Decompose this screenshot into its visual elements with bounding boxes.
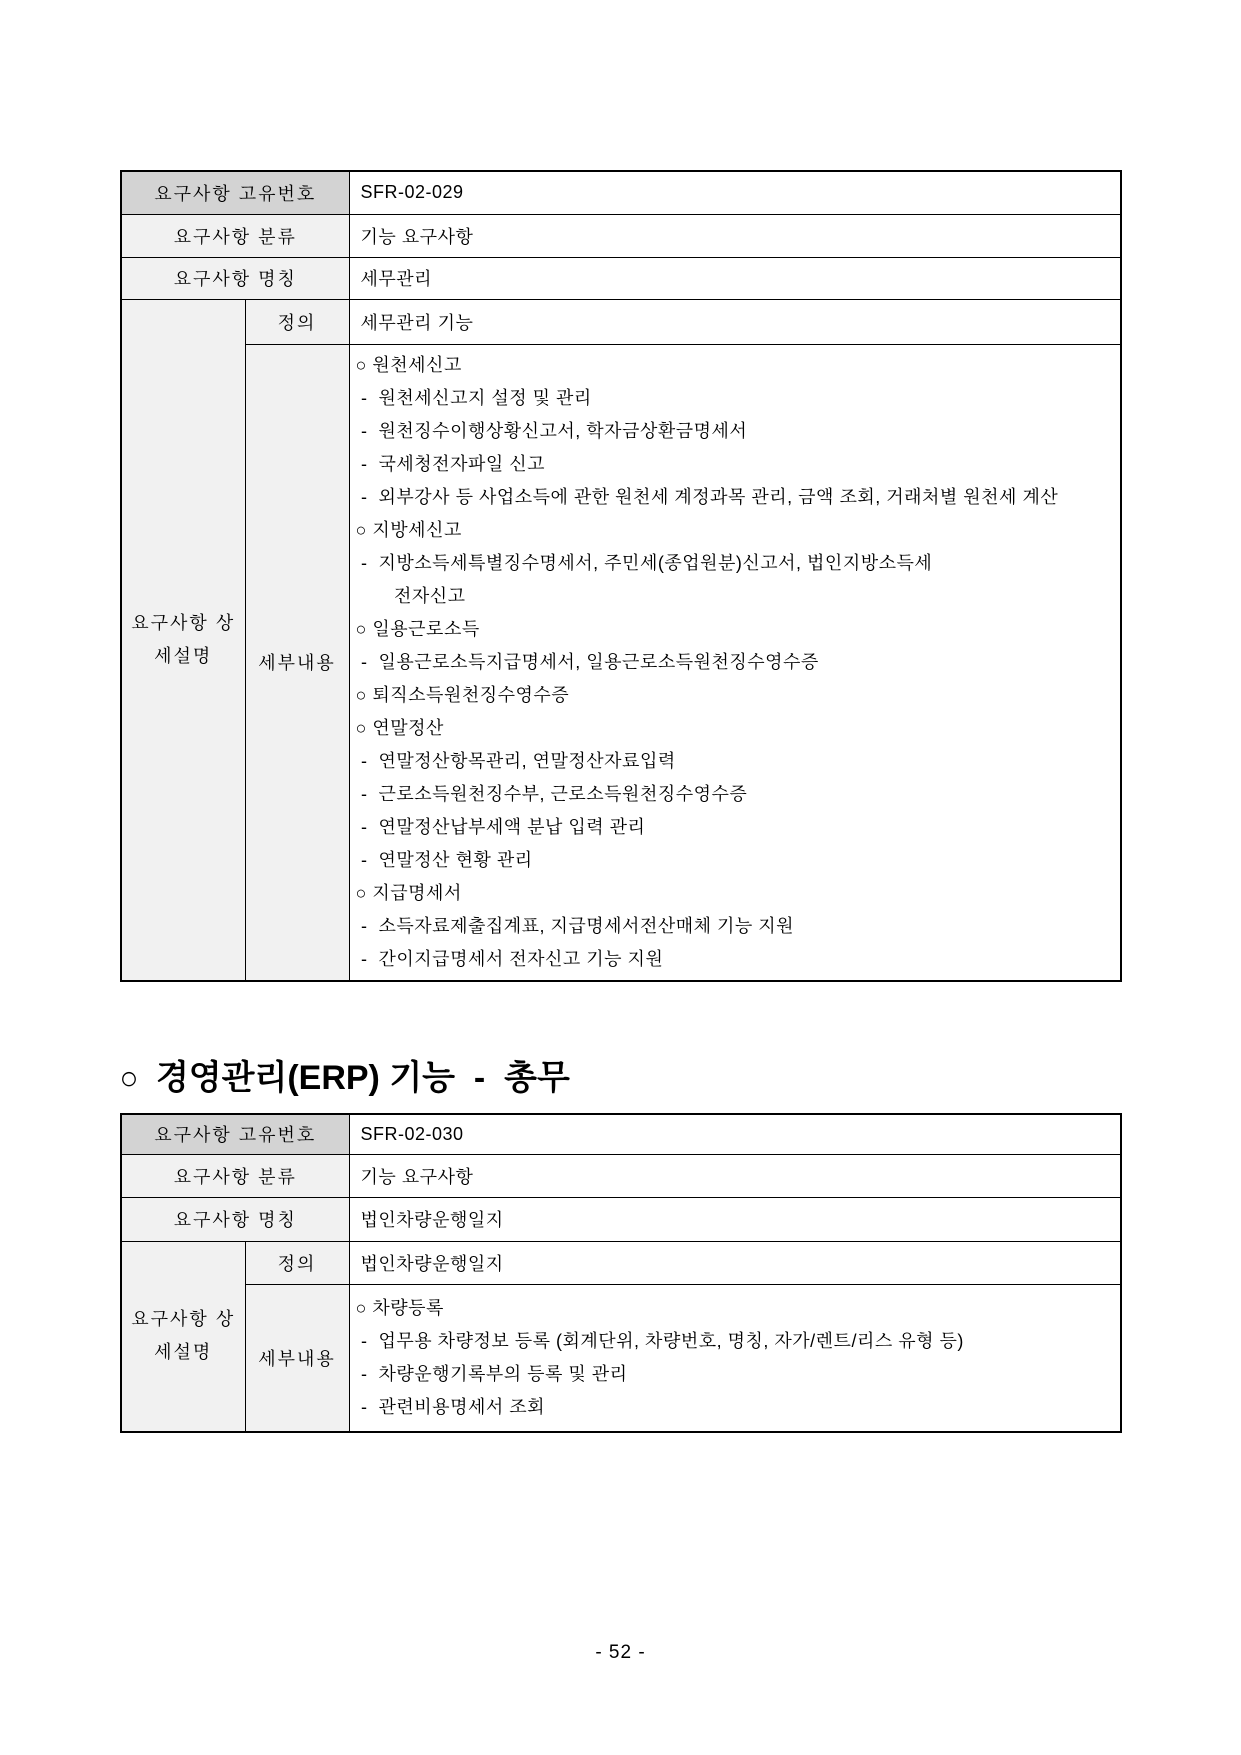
section-heading-text: 경영관리(ERP) 기능 - 총무: [156, 1059, 570, 1097]
table-row: 요구사항 고유번호 SFR-02-029: [121, 171, 1121, 214]
table-row: 요구사항 고유번호 SFR-02-030: [121, 1114, 1121, 1154]
detail-content-label: 세부내용: [245, 1284, 349, 1432]
table-row: 세부내용 ○ 차량등록 - 업무용 차량정보 등록 (회계단위, 차량번호, 명…: [121, 1284, 1121, 1432]
detail-group-label: 요구사항 상세설명: [121, 1241, 245, 1432]
requirement-name-label: 요구사항 명칭: [121, 1197, 349, 1241]
detail-line: - 연말정산항목관리, 연말정산자료입력: [356, 745, 1117, 778]
requirement-name-value: 법인차량운행일지: [349, 1197, 1121, 1241]
detail-line: - 업무용 차량정보 등록 (회계단위, 차량번호, 명칭, 자가/렌트/리스 …: [356, 1325, 1117, 1358]
page-number: - 52 -: [0, 1642, 1241, 1664]
detail-line: ○ 원천세신고: [356, 349, 1117, 382]
classification-value: 기능 요구사항: [349, 1154, 1121, 1197]
table-row: 요구사항 상세설명 정의 법인차량운행일지: [121, 1241, 1121, 1284]
requirement-table-sfr-02-030: 요구사항 고유번호 SFR-02-030 요구사항 분류 기능 요구사항 요구사…: [120, 1113, 1122, 1433]
detail-line: - 연말정산 현황 관리: [356, 844, 1117, 877]
table-row: 요구사항 상세설명 정의 세무관리 기능: [121, 299, 1121, 344]
detail-line: - 원천세신고지 설정 및 관리: [356, 382, 1117, 415]
detail-line: - 근로소득원천징수부, 근로소득원천징수영수증: [356, 778, 1117, 811]
detail-line: - 소득자료제출집계표, 지급명세서전산매체 기능 지원: [356, 910, 1117, 943]
unique-number-label: 요구사항 고유번호: [121, 1114, 349, 1154]
detail-line: - 관련비용명세서 조회: [356, 1391, 1117, 1424]
detail-line: ○ 지방세신고: [356, 514, 1117, 547]
table-row: 요구사항 분류 기능 요구사항: [121, 214, 1121, 257]
classification-value: 기능 요구사항: [349, 214, 1121, 257]
detail-line: - 외부강사 등 사업소득에 관한 원천세 계정과목 관리, 금액 조회, 거래…: [356, 481, 1117, 514]
table-row: 요구사항 분류 기능 요구사항: [121, 1154, 1121, 1197]
detail-content-cell: ○ 원천세신고 - 원천세신고지 설정 및 관리 - 원천징수이행상황신고서, …: [349, 344, 1121, 981]
detail-line: ○ 차량등록: [356, 1292, 1117, 1325]
definition-value: 법인차량운행일지: [349, 1241, 1121, 1284]
detail-line: - 연말정산납부세액 분납 입력 관리: [356, 811, 1117, 844]
detail-line: - 원천징수이행상황신고서, 학자금상환금명세서: [356, 415, 1117, 448]
definition-value: 세무관리 기능: [349, 299, 1121, 344]
detail-line: - 국세청전자파일 신고: [356, 448, 1117, 481]
detail-line: ○ 지급명세서: [356, 877, 1117, 910]
detail-line: - 지방소득세특별징수명세서, 주민세(종업원분)신고서, 법인지방소득세: [356, 547, 1117, 580]
detail-line: - 일용근로소득지급명세서, 일용근로소득원천징수영수증: [356, 646, 1117, 679]
classification-label: 요구사항 분류: [121, 214, 349, 257]
detail-group-label: 요구사항 상세설명: [121, 299, 245, 981]
table-row: 세부내용 ○ 원천세신고 - 원천세신고지 설정 및 관리 - 원천징수이행상황…: [121, 344, 1121, 981]
classification-label: 요구사항 분류: [121, 1154, 349, 1197]
unique-number-value: SFR-02-030: [349, 1114, 1121, 1154]
circle-bullet-icon: ○: [119, 1056, 138, 1100]
detail-line: ○ 일용근로소득: [356, 613, 1117, 646]
table-row: 요구사항 명칭 법인차량운행일지: [121, 1197, 1121, 1241]
detail-line: ○ 퇴직소득원천징수영수증: [356, 679, 1117, 712]
detail-content-cell: ○ 차량등록 - 업무용 차량정보 등록 (회계단위, 차량번호, 명칭, 자가…: [349, 1284, 1121, 1432]
detail-line: - 간이지급명세서 전자신고 기능 지원: [356, 943, 1117, 976]
definition-label: 정의: [245, 1241, 349, 1284]
detail-line: - 차량운행기록부의 등록 및 관리: [356, 1358, 1117, 1391]
requirement-name-label: 요구사항 명칭: [121, 257, 349, 299]
detail-line: 전자신고: [356, 580, 1117, 613]
unique-number-label: 요구사항 고유번호: [121, 171, 349, 214]
table-row: 요구사항 명칭 세무관리: [121, 257, 1121, 299]
unique-number-value: SFR-02-029: [349, 171, 1121, 214]
detail-content-label: 세부내용: [245, 344, 349, 981]
detail-line: ○ 연말정산: [356, 712, 1117, 745]
requirement-table-sfr-02-029: 요구사항 고유번호 SFR-02-029 요구사항 분류 기능 요구사항 요구사…: [120, 170, 1122, 982]
section-heading: ○경영관리(ERP) 기능 - 총무: [119, 1056, 570, 1100]
requirement-name-value: 세무관리: [349, 257, 1121, 299]
definition-label: 정의: [245, 299, 349, 344]
